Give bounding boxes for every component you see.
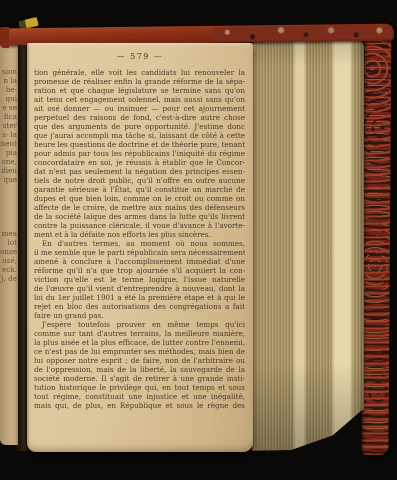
- left-page-text-fragment: dieu: [0, 166, 17, 175]
- text-line: société moderne. Il s'agit de retirer à …: [34, 374, 245, 383]
- text-line: tout régime, constituait une injustice e…: [34, 392, 245, 401]
- left-page-text-fragment: [0, 382, 17, 391]
- text-line: ce n'est pas de lui emprunter ses méthod…: [34, 347, 245, 356]
- paragraph: tion générale, elle voit les candidats l…: [34, 68, 245, 239]
- left-page-text-fragment: [0, 292, 17, 301]
- left-page-text-fragment: [0, 391, 17, 400]
- left-page-text-fragment: [0, 310, 17, 319]
- book-page: — 579 — tion générale, elle voit les can…: [27, 43, 253, 452]
- text-line: ment et à la défaite nos efforts les plu…: [34, 230, 245, 239]
- left-page-text-fragment: sion: [0, 67, 17, 76]
- page-text: tion générale, elle voit les candidats l…: [34, 68, 245, 410]
- right-cover-marbled: [362, 35, 392, 455]
- spine-end: [0, 27, 9, 48]
- left-page-text-fragment: que: [0, 175, 17, 184]
- left-page-text-fragment: ment: [0, 139, 17, 148]
- text-line: de l'œuvre qu'il vient d'entreprendre à …: [34, 284, 245, 293]
- text-line: tution historique le privilège qui, en t…: [34, 383, 245, 392]
- left-page-text-fragment: [0, 193, 17, 202]
- text-line: mais qui, de plus, en République et sous…: [34, 401, 245, 410]
- text-line: faire un grand pas.: [34, 311, 245, 320]
- text-line: heure les questions de doctrine et de th…: [34, 140, 245, 149]
- left-page-text-fragment: [0, 400, 17, 409]
- text-line: réforme qu'il n'a que trop ajournée s'il…: [34, 266, 245, 275]
- left-page-text-fragment: fica: [0, 112, 17, 121]
- text-line: tion générale, elle voit les candidats l…: [34, 68, 245, 77]
- text-line: loi du 1er juillet 1901 a été la premièr…: [34, 293, 245, 302]
- paragraph: En d'autres termes, au moment où nous so…: [34, 239, 245, 320]
- text-line: promesse de réaliser enfin la grande réf…: [34, 77, 245, 86]
- text-line: il me semble que le parti républicain se…: [34, 248, 245, 257]
- left-page-sliver: sionn labe-quie seficasters- lamentpiaon…: [0, 45, 18, 445]
- left-page-text-fragment: mea: [0, 229, 17, 238]
- text-line: dupes et que bien loin, comme on le croi…: [34, 194, 245, 203]
- left-page-text-fragment: n la: [0, 76, 17, 85]
- text-line: perpétuel des raisons de fond, c'est-à-d…: [34, 113, 245, 122]
- text-line: rejet en bloc des autorisations des cong…: [34, 302, 245, 311]
- text-line: que des arguments de pure opportunité. J…: [34, 122, 245, 131]
- text-line: amené à conclure à l'accomplissement imm…: [34, 257, 245, 266]
- text-line: ait osé donner — ou insinuer — pour cet …: [34, 104, 245, 113]
- text-line: lui opposer notre esprit ; de faire, non…: [34, 356, 245, 365]
- left-page-text-fragment: [0, 202, 17, 211]
- open-book-photo: sionn labe-quie seficasters- lamentpiaon…: [0, 0, 397, 480]
- left-page-text-fragment: [0, 346, 17, 355]
- text-line: de la société laïque des armes dans la l…: [34, 212, 245, 221]
- text-line: la plus aisée et la plus efficace, de lu…: [34, 338, 245, 347]
- text-line: ration et que chaque législature se term…: [34, 86, 245, 95]
- text-line: que j'aurai accompli ma tâche si, laissa…: [34, 131, 245, 140]
- text-line: concordataire en soi, je réussis à établ…: [34, 158, 245, 167]
- text-line: ait tenu cet engagement solennel, mais a…: [34, 95, 245, 104]
- left-page-text-fragment: onze: [0, 247, 17, 256]
- text-line: de l'oppression, mais de la liberté, la …: [34, 365, 245, 374]
- text-line: pour admis par tous les républicains l'i…: [34, 149, 245, 158]
- left-page-text-fragment: [0, 184, 17, 193]
- left-page-text-fragment: usé,: [0, 256, 17, 265]
- text-line: affecte de le croire, de mettre aux main…: [34, 203, 245, 212]
- left-page-text-fragment: [0, 355, 17, 364]
- left-page-text-fragment: [0, 328, 17, 337]
- left-page-text-fragment: e se: [0, 103, 17, 112]
- left-page-text-fragment: [0, 373, 17, 382]
- left-page-text-fragment: one,: [0, 157, 17, 166]
- left-page-text-fragment: [0, 364, 17, 373]
- left-page-text-fragment: [0, 337, 17, 346]
- left-page-text-fragment: pia: [0, 148, 17, 157]
- text-line: viction qu'elle est le terme logique, l'…: [34, 275, 245, 284]
- left-page-text-fragments: sionn labe-quie seficasters- lamentpiaon…: [0, 67, 17, 409]
- left-page-text-fragment: ster: [0, 121, 17, 130]
- text-line: garantie sérieuse à l'État, qu'il consti…: [34, 185, 245, 194]
- text-line: En d'autres termes, au moment où nous so…: [34, 239, 245, 248]
- left-page-text-fragment: lot: [0, 238, 17, 247]
- left-page-text-fragment: s- la: [0, 130, 17, 139]
- text-line: comme sur tant d'autres terrains, la mei…: [34, 329, 245, 338]
- fanned-page-edges: [252, 38, 364, 454]
- left-page-text-fragment: (j, de: [0, 274, 17, 283]
- text-line: dat n'est pas seulement la négation des …: [34, 167, 245, 176]
- marbled-cover-pattern: [213, 25, 393, 41]
- left-page-text-fragment: be-: [0, 85, 17, 94]
- text-line: J'espère toutefois prouver en même temps…: [34, 320, 245, 329]
- left-page-text-fragment: [0, 283, 17, 292]
- left-page-text-fragment: [0, 319, 17, 328]
- left-page-text-fragment: qui: [0, 94, 17, 103]
- left-page-text-fragment: [0, 301, 17, 310]
- left-page-text-fragment: [0, 220, 17, 229]
- left-page-text-fragment: [0, 211, 17, 220]
- text-line: tiels de notre droit public, qu'il n'off…: [34, 176, 245, 185]
- page-number: — 579 —: [27, 52, 253, 61]
- paragraph: J'espère toutefois prouver en même temps…: [34, 320, 245, 410]
- text-line: contre la puissance cléricale, il voue d…: [34, 221, 245, 230]
- left-page-text-fragment: eck.: [0, 265, 17, 274]
